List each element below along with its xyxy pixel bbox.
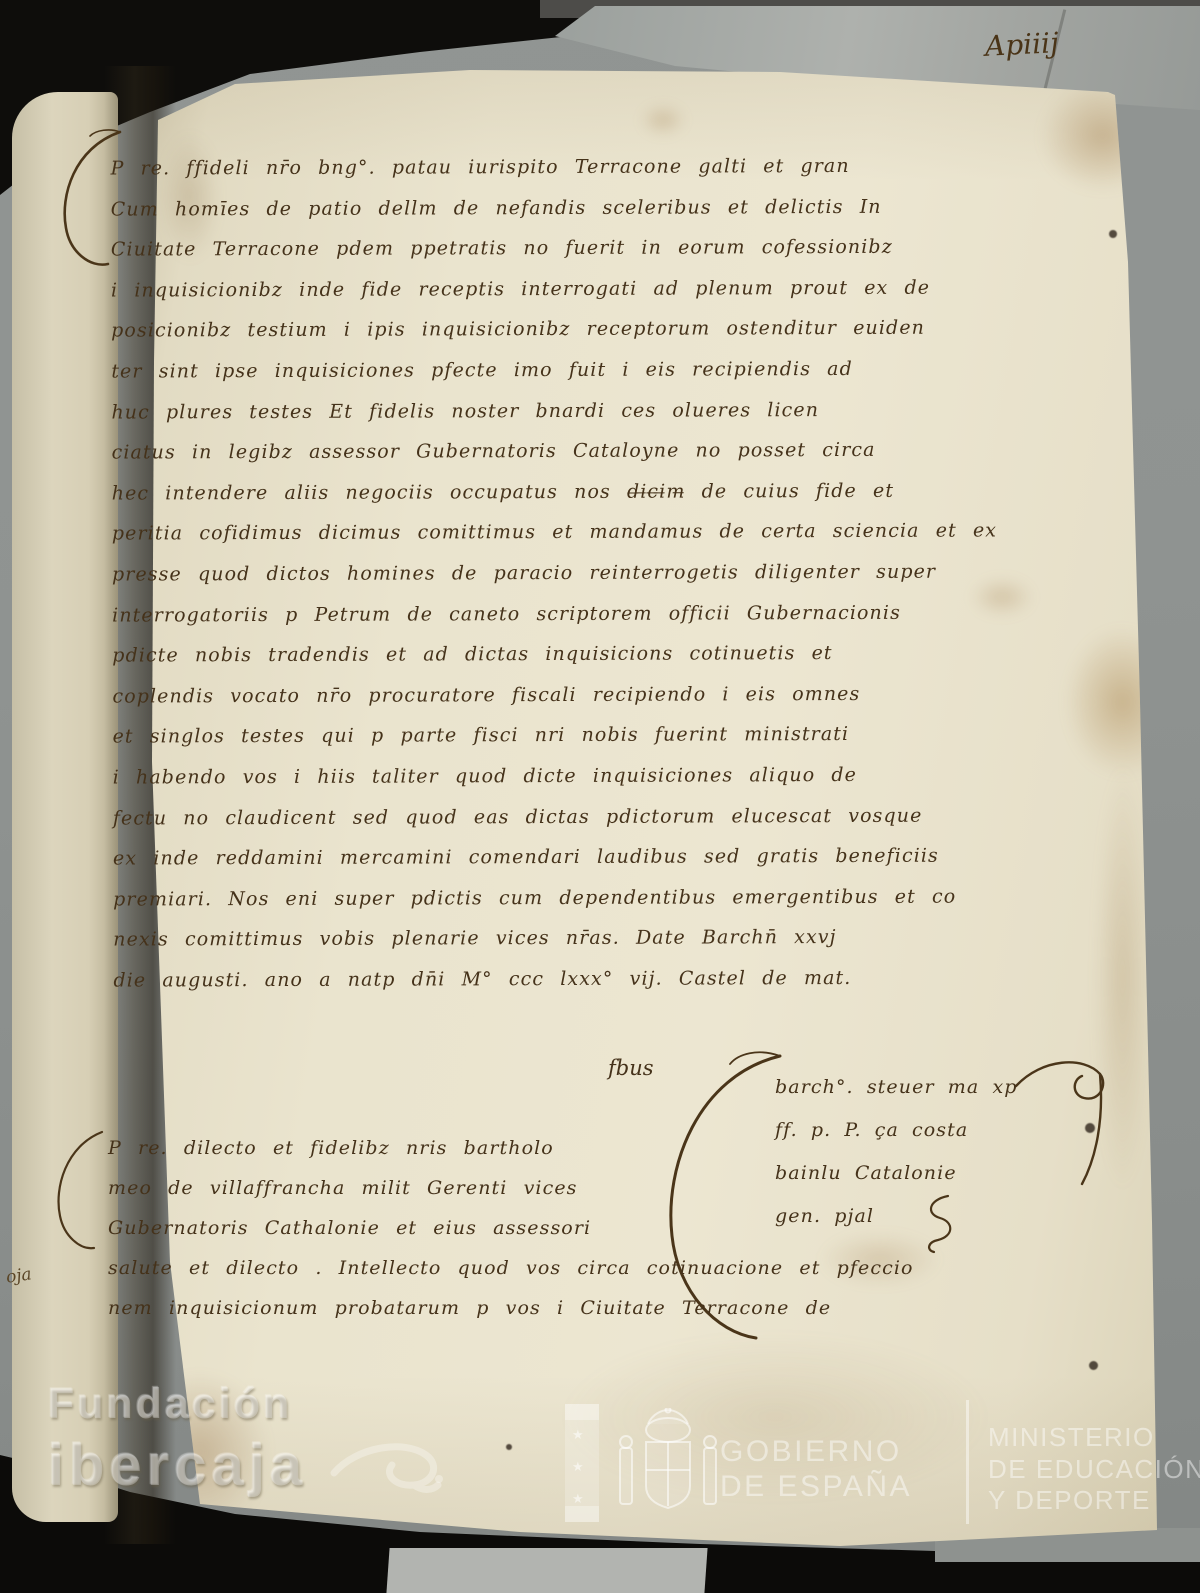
manuscript-line: Gubernatoris Cathalonie et eius assessor… — [108, 1208, 914, 1248]
ibercaja-watermark-line2: ibercaja — [48, 1436, 307, 1497]
manuscript-line: premiari. Nos eni super pdictis cum depe… — [113, 876, 998, 920]
manuscript-line: meo de villaffrancha milit Gerenti vices — [108, 1168, 914, 1208]
signature-line: barch°. steuer ma xp — [775, 1066, 1018, 1109]
manuscript-line: Cum homīes de patio dellm de nefandis sc… — [111, 186, 996, 230]
ministry-watermark-line1: MINISTERIO — [988, 1422, 1200, 1454]
ministry-watermark: MINISTERIO DE EDUCACIÓN, CULTURA Y DEPOR… — [988, 1422, 1200, 1517]
wormhole — [506, 1444, 512, 1450]
manuscript-scan: oja Apiiij P re. ffideli nr̄o bng°. pata… — [0, 0, 1200, 1593]
previous-folio-edge — [12, 92, 118, 1522]
manuscript-line: die augusti. ano a natp dn̄i M° ccc lxxx… — [113, 957, 998, 1001]
manuscript-line: ciatus in legibz assessor Gubernatoris C… — [112, 430, 997, 474]
manuscript-line: interrogatoriis p Petrum de caneto scrip… — [112, 592, 997, 636]
stain — [1065, 627, 1180, 777]
ibercaja-watermark-line1: Fundación — [48, 1382, 446, 1427]
flourish-stroke-icon — [1012, 1050, 1112, 1190]
spain-coat-of-arms-icon — [616, 1408, 720, 1526]
main-text-block: P re. ffideli nr̄o bng°. patau iurispito… — [111, 145, 999, 1001]
flag-emblem-icon: ★ ★ ★ — [565, 1404, 599, 1522]
stain — [640, 104, 686, 136]
manuscript-line: hec intendere aliis negociis occupatus n… — [112, 470, 997, 514]
manuscript-line: ex inde reddamini mercamini comendari la… — [113, 836, 998, 880]
government-watermark: GOBIERNO DE ESPAÑA — [720, 1434, 912, 1505]
government-watermark-line2: DE ESPAÑA — [720, 1469, 912, 1504]
manuscript-line: fectu no claudicent sed quod eas dictas … — [113, 795, 998, 839]
manuscript-line: P re. ffideli nr̄o bng°. patau iurispito… — [111, 145, 996, 189]
cradle-gray-tab — [386, 1548, 707, 1593]
manuscript-line: pdicte nobis tradendis et ad dictas inqu… — [112, 633, 997, 677]
manuscript-line: posicionibz testium i ipis inquisicionib… — [111, 308, 996, 352]
chancery-note: fbus — [608, 1056, 654, 1080]
manuscript-line: et singlos testes qui p parte fisci nri … — [112, 714, 997, 758]
watermark-divider — [966, 1400, 969, 1524]
wormhole — [1109, 230, 1117, 238]
manuscript-line: salute et dilecto . Intellecto quod vos … — [108, 1248, 914, 1288]
manuscript-line: ter sint ipse inquisiciones pfecte imo f… — [111, 348, 996, 392]
manuscript-line: P re. dilecto et fidelibz nris bartholo — [108, 1128, 914, 1168]
manuscript-line: nem inquisicionum probatarum p vos i Ciu… — [108, 1288, 914, 1328]
ministry-watermark-line2: DE EDUCACIÓN, CULTURA — [988, 1454, 1200, 1486]
manuscript-line: peritia cofidimus dicimus comittimus et … — [112, 511, 997, 555]
government-watermark-line1: GOBIERNO — [720, 1434, 912, 1469]
ibercaja-watermark: Fundación ibercaja — [48, 1382, 446, 1505]
manuscript-line: coplendis vocato nr̄o procuratore fiscal… — [112, 673, 997, 717]
folio-number: Apiiij — [984, 26, 1059, 63]
ibercaja-logo-icon — [326, 1427, 446, 1505]
manuscript-line: huc plures testes Et fidelis noster bnar… — [111, 389, 996, 433]
second-text-block: P re. dilecto et fidelibz nris bartholo … — [108, 1128, 914, 1328]
manuscript-line: presse quod dictos homines de paracio re… — [112, 551, 997, 595]
ministry-watermark-line3: Y DEPORTE — [988, 1485, 1200, 1517]
margin-fragment: oja — [5, 1264, 33, 1287]
manuscript-line: Ciuitate Terracone pdem ppetratis no fue… — [111, 227, 996, 271]
manuscript-line: i habendo vos i hiis taliter quod dicte … — [113, 754, 998, 798]
wormhole — [1089, 1361, 1098, 1370]
manuscript-line: i inquisicionibz inde fide receptis inte… — [111, 267, 996, 311]
paragraph2-flourish-icon — [50, 1126, 110, 1256]
manuscript-line: nexis comittimus vobis plenarie vices nr… — [113, 917, 998, 961]
paraph-icon — [918, 1192, 960, 1254]
